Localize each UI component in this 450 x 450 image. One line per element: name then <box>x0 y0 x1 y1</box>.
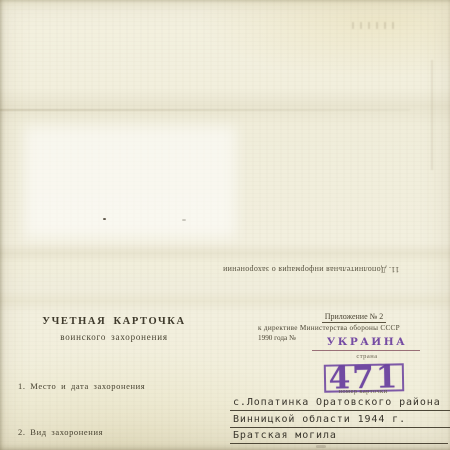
card-number-caption: номер карточки <box>320 388 406 395</box>
card-title: УЧЕТНАЯ КАРТОЧКА <box>40 316 188 327</box>
ink-speck <box>316 445 326 448</box>
typed-value-place-line-1: с.Лопатинка Оратовского района <box>230 397 450 411</box>
annex-number-line: Приложение № 2 <box>258 312 450 321</box>
country-stamp: УКРАИНА <box>313 336 421 348</box>
paper-smudge <box>352 22 398 29</box>
reverse-side-note: 11. Дополнительная информация о захороне… <box>205 265 417 274</box>
typed-value-place-line-2: Винницкой области 1944 г. <box>230 414 450 428</box>
field-label-burial-type: 2. Вид захоронения <box>18 427 103 437</box>
paper-streak <box>431 60 433 170</box>
country-underline <box>312 350 420 351</box>
typed-value-burial-type: Братская могила <box>230 430 448 444</box>
card-subtitle: воинского захоронения <box>40 332 188 342</box>
annex-number-text: Приложение № 2 <box>322 312 387 323</box>
burial-registration-card-scan: 11. Дополнительная информация о захороне… <box>0 0 450 450</box>
field-label-place-and-date: 1. Место и дата захоронения <box>18 381 145 391</box>
paper-crease <box>0 109 410 111</box>
card-number-value: 471 <box>328 365 399 390</box>
ink-speck <box>103 218 106 220</box>
ink-speck <box>182 219 186 221</box>
card-header: УЧЕТНАЯ КАРТОЧКА воинского захоронения <box>40 316 188 342</box>
annex-directive-line: к директиве Министерства обороны СССР <box>258 324 450 332</box>
erased-photo-area <box>24 126 236 238</box>
